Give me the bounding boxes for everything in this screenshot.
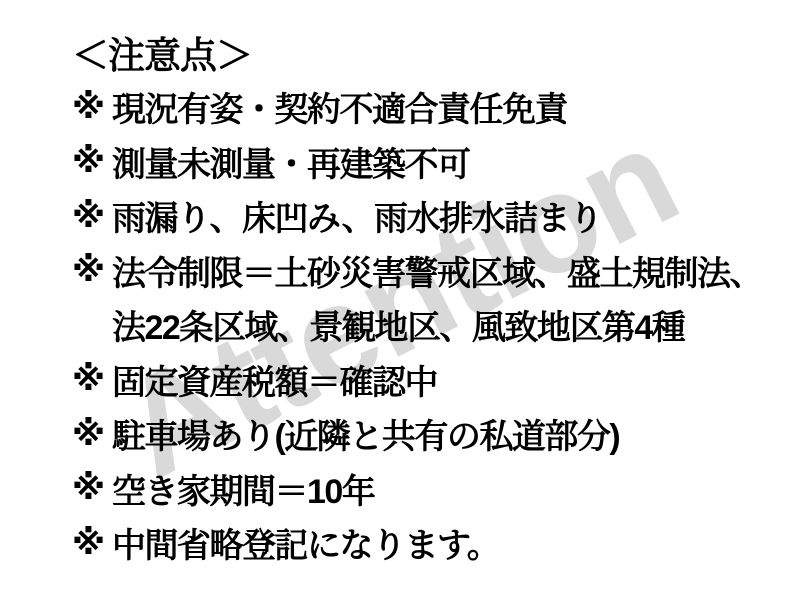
note-marker: ※ [72, 468, 112, 508]
note-text: 現況有姿・契約不適合責任免責 [112, 82, 567, 131]
note-marker: ※ [72, 250, 112, 290]
note-line-3: ※雨漏り、床凹み、雨水排水詰まり [72, 189, 790, 244]
note-text: 法22条区域、景観地区、風致地区第4種 [112, 300, 684, 349]
note-line-6: ※駐車場あり(近隣と共有の私道部分) [72, 407, 790, 462]
notes-list: ※現況有姿・契約不適合責任免責※測量未測量・再建築不可※雨漏り、床凹み、雨水排水… [72, 80, 790, 571]
note-text: 固定資産税額＝確認中 [112, 355, 437, 404]
notice-content: ＜注意点＞ ※現況有姿・契約不適合責任免責※測量未測量・再建築不可※雨漏り、床凹… [72, 25, 790, 570]
notice-page: Attention ＜注意点＞ ※現況有姿・契約不適合責任免責※測量未測量・再建… [0, 0, 800, 600]
note-line-4-cont: 法22条区域、景観地区、風致地区第4種 [72, 298, 790, 353]
note-line-2: ※測量未測量・再建築不可 [72, 134, 790, 189]
note-line-8: ※中間省略登記になります。 [72, 516, 790, 571]
note-line-7: ※空き家期間＝10年 [72, 461, 790, 516]
note-marker: ※ [72, 196, 112, 236]
note-marker: ※ [72, 359, 112, 399]
note-line-1: ※現況有姿・契約不適合責任免責 [72, 80, 790, 135]
page-title: ＜注意点＞ [72, 25, 252, 79]
note-text: 測量未測量・再建築不可 [112, 137, 470, 186]
note-text: 法令制限＝土砂災害警戒区域、盛土規制法、 [112, 246, 762, 295]
title-line: ＜注意点＞ [72, 25, 790, 80]
note-marker: ※ [72, 523, 112, 563]
note-line-5: ※固定資産税額＝確認中 [72, 352, 790, 407]
note-marker: ※ [72, 87, 112, 127]
note-text: 中間省略登記になります。 [112, 518, 499, 567]
note-text: 駐車場あり(近隣と共有の私道部分) [112, 409, 619, 458]
note-line-4: ※法令制限＝土砂災害警戒区域、盛土規制法、 [72, 243, 790, 298]
note-text: 雨漏り、床凹み、雨水排水詰まり [112, 191, 602, 240]
note-marker: ※ [72, 414, 112, 454]
note-text: 空き家期間＝10年 [112, 464, 374, 513]
note-marker: ※ [72, 141, 112, 181]
